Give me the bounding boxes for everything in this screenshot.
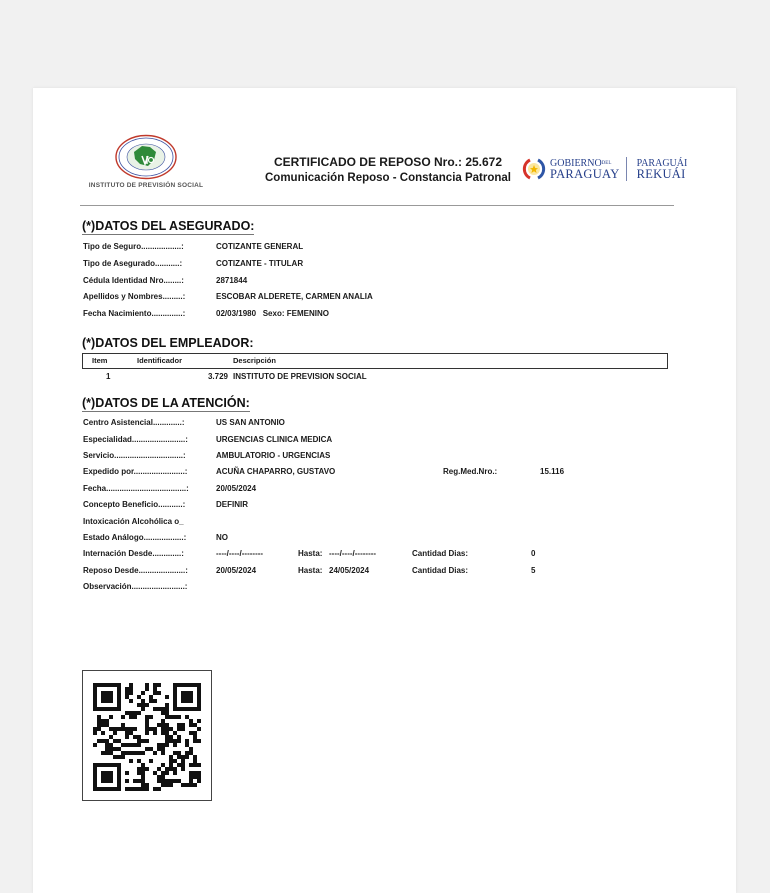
field-label: Tipo de Asegurado...........: — [83, 258, 182, 270]
field-value: ACUÑA CHAPARRO, GUSTAVO — [216, 466, 335, 478]
field-label: Expedido por.......................: — [83, 466, 187, 478]
field-value: URGENCIAS CLINICA MEDICA — [216, 434, 332, 446]
certificate-number-title: CERTIFICADO DE REPOSO Nro.: 25.672 — [258, 154, 518, 170]
field-value: COTIZANTE GENERAL — [216, 241, 303, 253]
internacion-dias-label: Cantidad Dias: — [412, 548, 468, 560]
internacion-desde: ----/----/-------- — [216, 548, 263, 560]
field-label: Concepto Beneficio...........: — [83, 499, 185, 511]
field-label: Estado Análogo..................: — [83, 532, 186, 544]
cell-item: 1 — [106, 371, 110, 383]
institution-name: INSTITUTO DE PREVISIÓN SOCIAL — [81, 182, 211, 189]
gobierno-paraguay-logo: GOBIERNODEL PARAGUAY PARAGUÁI REKUÁI — [522, 157, 687, 181]
internacion-dias: 0 — [531, 548, 535, 560]
field-label: Observación........................: — [83, 581, 187, 593]
field-label: Reposo Desde.....................: — [83, 565, 188, 577]
column-header-descripcion: Descripción — [233, 354, 276, 368]
header-divider — [80, 205, 674, 206]
cell-descripcion: INSTITUTO DE PREVISION SOCIAL — [233, 371, 367, 383]
field-reposo: Reposo Desde.....................: 20/05… — [83, 565, 643, 577]
field-value: COTIZANTE - TITULAR — [216, 258, 303, 270]
field-expedido-por: Expedido por.......................: ACU… — [83, 466, 643, 478]
cell-identificador: 3.729 — [172, 371, 228, 383]
field-label: Internación Desde.............: — [83, 548, 184, 560]
field-value: AMBULATORIO - URGENCIAS — [216, 450, 330, 462]
ips-emblem-icon — [114, 134, 178, 180]
section-title-atencion: (*)DATOS DE LA ATENCIÓN: — [82, 396, 250, 412]
field-label: Centro Asistencial.............: — [83, 417, 185, 429]
reposo-dias-label: Cantidad Dias: — [412, 565, 468, 577]
certificate-subtitle: Comunicación Reposo - Constancia Patrona… — [258, 170, 518, 186]
field-label: Especialidad........................: — [83, 434, 188, 446]
reg-med-label: Reg.Med.Nro.: — [443, 466, 497, 478]
reposo-dias: 5 — [531, 565, 535, 577]
internacion-hasta: ----/----/-------- — [329, 548, 376, 560]
field-label: Fecha Nacimiento..............: — [83, 308, 185, 320]
field-label: Servicio...............................: — [83, 450, 186, 462]
employer-table-header: Item Identificador Descripción — [82, 353, 668, 369]
document-title: CERTIFICADO DE REPOSO Nro.: 25.672 Comun… — [258, 154, 518, 186]
field-value: US SAN ANTONIO — [216, 417, 285, 429]
field-value: DEFINIR — [216, 499, 248, 511]
internacion-hasta-label: Hasta: — [298, 548, 322, 560]
column-header-item: Item — [92, 354, 107, 368]
field-value: 2871844 — [216, 275, 247, 287]
field-label: Cédula Identidad Nro........: — [83, 275, 184, 287]
field-label: Tipo de Seguro..................: — [83, 241, 184, 253]
field-value: 20/05/2024 — [216, 483, 256, 495]
field-value: ESCOBAR ALDERETE, CARMEN ANALIA — [216, 291, 373, 303]
field-value: 02/03/1980 Sexo: FEMENINO — [216, 308, 329, 320]
field-internacion: Internación Desde.............: ----/---… — [83, 548, 643, 560]
gov-logo-divider — [626, 157, 627, 181]
reposo-hasta-label: Hasta: — [298, 565, 322, 577]
gov-line2: PARAGUAY — [550, 169, 620, 180]
section-title-empleador: (*)DATOS DEL EMPLEADOR: — [82, 336, 254, 351]
reg-med-value: 15.116 — [540, 466, 564, 478]
table-row: 1 3.729 INSTITUTO DE PREVISION SOCIAL — [82, 371, 668, 383]
column-header-identificador: Identificador — [137, 354, 182, 368]
field-label: Fecha...................................… — [83, 483, 189, 495]
qr-code-icon — [93, 683, 201, 791]
gov-right-line2: REKUÁI — [637, 169, 688, 180]
field-label: Apellidos y Nombres.........: — [83, 291, 185, 303]
certificate-page: INSTITUTO DE PREVISIÓN SOCIAL CERTIFICAD… — [33, 88, 736, 893]
field-label: Intoxicación Alcohólica o_ — [83, 516, 184, 528]
reposo-hasta: 24/05/2024 — [329, 565, 369, 577]
ips-logo: INSTITUTO DE PREVISIÓN SOCIAL — [81, 134, 211, 189]
paraguay-seal-icon — [522, 157, 546, 181]
qr-code-box — [82, 670, 212, 801]
reposo-desde: 20/05/2024 — [216, 565, 256, 577]
field-value: NO — [216, 532, 228, 544]
gov-line1-small: DEL — [602, 161, 612, 166]
section-title-asegurado: (*)DATOS DEL ASEGURADO: — [82, 219, 254, 235]
